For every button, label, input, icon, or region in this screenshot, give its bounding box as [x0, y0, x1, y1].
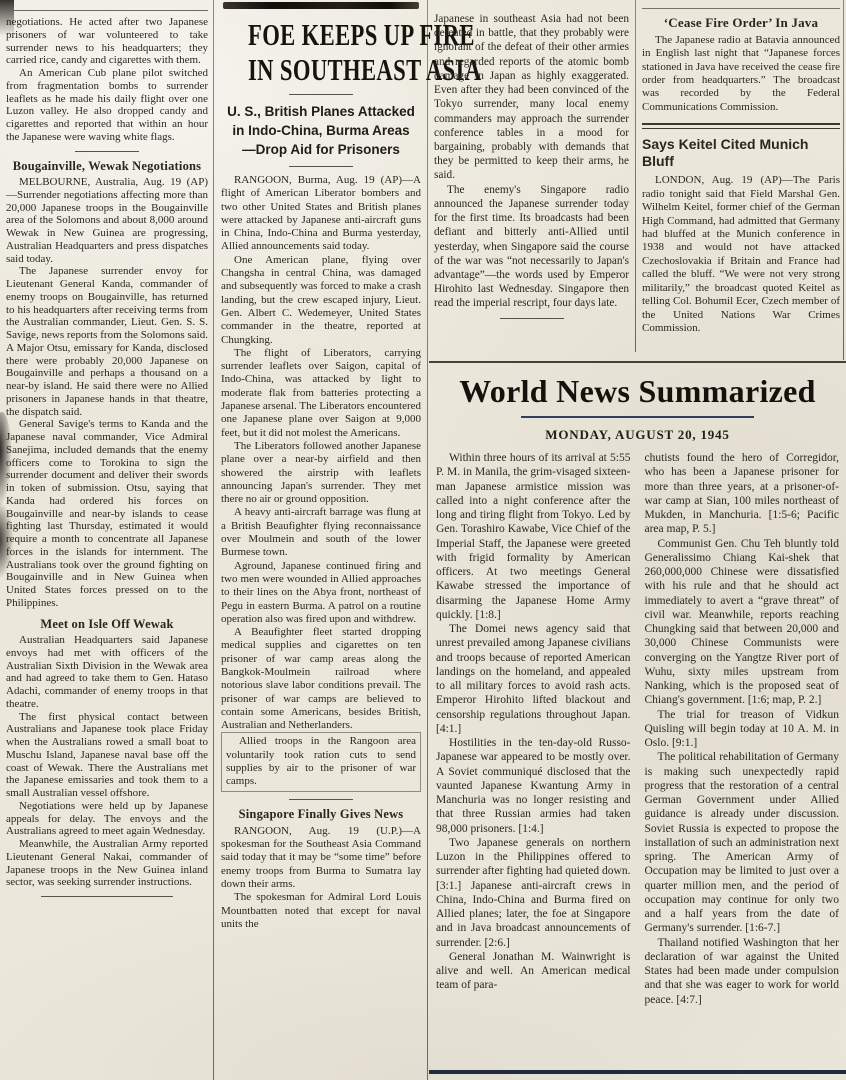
page-edge-rule	[843, 0, 844, 360]
deck-line-1: U. S., British Planes Attacked	[221, 102, 421, 121]
paragraph: Within three hours of its arrival at 5:5…	[436, 451, 631, 622]
end-rule	[500, 318, 564, 319]
paragraph: Thailand notified Washington that her de…	[645, 936, 840, 1007]
paragraph: The trial for treason of Vidkun Quisling…	[645, 708, 840, 751]
section-rule	[289, 799, 353, 800]
summary-bottom-rule	[429, 1070, 846, 1074]
paragraph: The enemy's Singapore radio announced th…	[434, 183, 629, 311]
paragraph: RANGOON, Aug. 19 (U.P.)—A spokesman for …	[221, 825, 421, 891]
paragraph: The Liberators followed another Japanese…	[221, 440, 421, 506]
headline-rule	[289, 94, 353, 95]
column-rule-3	[635, 0, 636, 352]
paragraph: A heavy anti-aircraft barrage was flung …	[221, 506, 421, 559]
keitel-heading: Says Keitel Cited Munich Bluff	[642, 136, 840, 170]
paragraph: General Savige's terms to Kanda and the …	[6, 418, 208, 609]
newspaper-page: negotiations. He acted after two Japanes…	[0, 0, 846, 1080]
paragraph: The first physical contact between Austr…	[6, 711, 208, 800]
paragraph: RANGOON, Burma, Aug. 19 (AP)—A flight of…	[221, 174, 421, 254]
paragraph: Two Japanese generals on northern Luzon …	[436, 836, 631, 950]
paragraph: The Japanese surrender envoy for Lieuten…	[6, 265, 208, 418]
column-rule-1	[213, 0, 214, 1080]
summary-column-right: chutists found the hero of Corregidor, w…	[645, 451, 840, 1007]
rule	[6, 10, 208, 11]
summary-dateline: MONDAY, AUGUST 20, 1945	[429, 427, 846, 443]
java-heading: ‘Cease Fire Order’ In Java	[642, 15, 840, 31]
paragraph: The Domei news agency said that unrest p…	[436, 622, 631, 736]
paragraph: negotiations. He acted after two Japanes…	[6, 16, 208, 67]
deck-line-3: —Drop Aid for Prisoners	[221, 140, 421, 159]
headline-line-1: FOE KEEPS UP FIRE	[248, 17, 394, 52]
deck-line-2: in Indo-China, Burma Areas	[221, 121, 421, 140]
paragraph: The Japanese radio at Batavia announced …	[642, 34, 840, 114]
paragraph: Negotiations were held up by Japanese ap…	[6, 800, 208, 838]
summary-title: World News Summarized	[429, 373, 846, 410]
paragraph: chutists found the hero of Corregidor, w…	[645, 451, 840, 537]
column-third: Japanese in southeast Asia had not been …	[434, 12, 629, 326]
double-rule	[642, 123, 840, 129]
foe-article: FOE KEEPS UP FIRE IN SOUTHEAST ASIA U. S…	[221, 0, 421, 931]
paragraph: Aground, Japanese continued firing and t…	[221, 560, 421, 626]
paragraph: Australian Headquarters said Japanese en…	[6, 634, 208, 711]
section-rule	[75, 151, 139, 152]
paragraph: MELBOURNE, Australia, Aug. 19 (AP)—Surre…	[6, 176, 208, 265]
deck-rule	[289, 166, 353, 167]
paragraph: The political rehabilitation of Germany …	[645, 750, 840, 935]
world-news-summary: World News Summarized MONDAY, AUGUST 20,…	[429, 361, 846, 1078]
paragraph: An American Cub plane pilot switched fro…	[6, 67, 208, 144]
paragraph: One American plane, flying over Changsha…	[221, 254, 421, 347]
column-rule-2	[427, 0, 428, 1080]
column-left: negotiations. He acted after two Japanes…	[6, 10, 208, 904]
paragraph: The flight of Liberators, carrying surre…	[221, 347, 421, 440]
paragraph: The spokesman for Admiral Lord Louis Mou…	[221, 891, 421, 931]
paragraph: LONDON, Aug. 19 (AP)—The Paris radio ton…	[642, 174, 840, 335]
paragraph: Communist Gen. Chu Teh bluntly told Gene…	[645, 537, 840, 708]
subhead-wewak: Meet on Isle Off Wewak	[6, 617, 208, 632]
boxed-paragraph: Allied troops in the Rangoon area volunt…	[221, 732, 421, 791]
headline-line-2: IN SOUTHEAST ASIA	[248, 52, 394, 87]
summary-column-left: Within three hours of its arrival at 5:5…	[436, 451, 631, 1007]
paragraph: Japanese in southeast Asia had not been …	[434, 12, 629, 183]
paragraph: A Beaufighter fleet started dropping med…	[221, 626, 421, 732]
end-rule	[41, 896, 173, 897]
subhead-bougainville: Bougainville, Wewak Negotiations	[6, 159, 208, 174]
subhead-singapore: Singapore Finally Gives News	[221, 807, 421, 822]
headline-top-bar	[223, 2, 419, 9]
title-rule	[521, 416, 755, 418]
rule	[642, 8, 840, 9]
paragraph: General Jonathan M. Wainwright is alive …	[436, 950, 631, 993]
paragraph: Hostilities in the ten-day-old Russo-Jap…	[436, 736, 631, 836]
column-fourth: ‘Cease Fire Order’ In Java The Japanese …	[642, 8, 840, 335]
paragraph: Meanwhile, the Australian Army reported …	[6, 838, 208, 889]
